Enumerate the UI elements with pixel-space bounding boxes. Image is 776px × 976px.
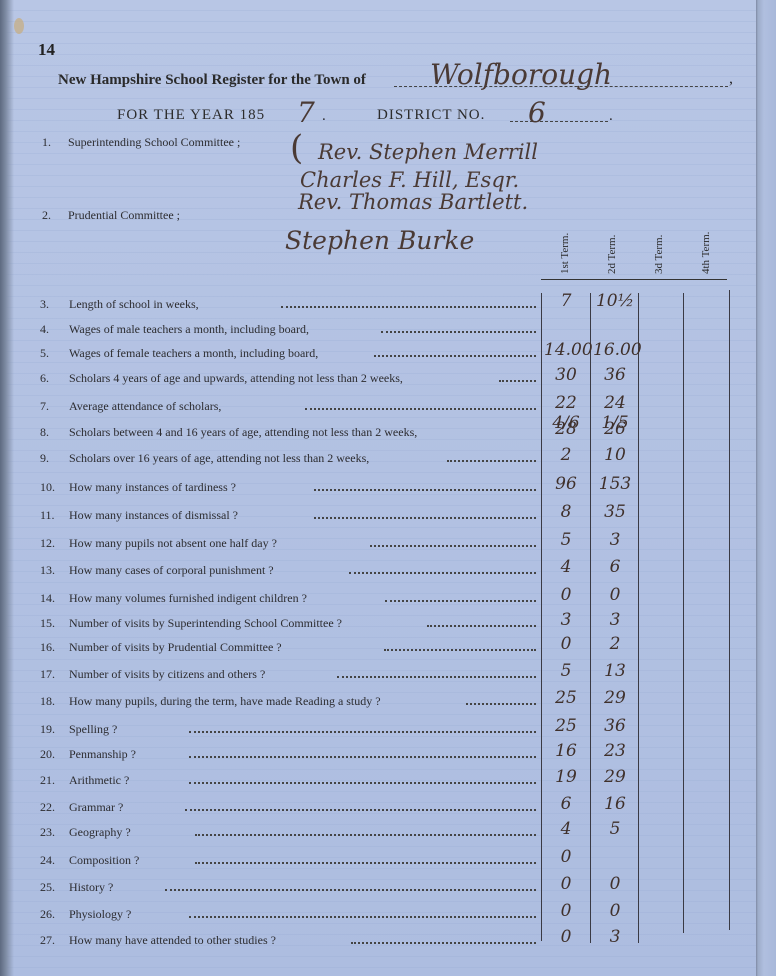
row-question: Arithmetic ? xyxy=(69,773,129,788)
row-number: 14. xyxy=(40,591,68,606)
leader-dots xyxy=(466,703,536,705)
row-number: 17. xyxy=(40,667,68,682)
column-divider-1 xyxy=(541,293,542,941)
term-1-value: 0 xyxy=(544,874,588,894)
prudential-member-1: Stephen Burke xyxy=(285,226,474,255)
header-rule xyxy=(541,279,727,280)
district-number: 6 xyxy=(528,96,546,129)
row-number: 21. xyxy=(40,773,68,788)
table-row: 26.Physiology ? xyxy=(40,907,540,925)
term-2-value: 3 xyxy=(593,610,637,630)
row-question: Wages of male teachers a month, includin… xyxy=(69,322,309,337)
table-row: 12.How many pupils not absent one half d… xyxy=(40,536,540,554)
table-row: 17.Number of visits by citizens and othe… xyxy=(40,667,540,685)
row-question: How many instances of tardiness ? xyxy=(69,480,236,495)
column-divider-4 xyxy=(683,293,684,933)
table-row: 5.Wages of female teachers a month, incl… xyxy=(40,346,540,364)
term-2-value: 29 xyxy=(593,767,637,787)
leader-dots xyxy=(381,331,536,333)
row-question: How many have attended to other studies … xyxy=(69,933,276,948)
row-question: Scholars over 16 years of age, attending… xyxy=(69,451,369,466)
table-row: 4.Wages of male teachers a month, includ… xyxy=(40,322,540,340)
page-edge xyxy=(756,0,776,976)
title-comma: , xyxy=(729,70,733,88)
column-divider-2 xyxy=(590,293,591,943)
superintending-member-1: Rev. Stephen Merrill xyxy=(318,140,538,164)
row-question: How many pupils not absent one half day … xyxy=(69,536,277,551)
year-digit: 7 xyxy=(297,96,315,129)
term-2-value: 35 xyxy=(593,502,637,522)
term-1-value: 96 xyxy=(544,474,588,494)
table-row: 23.Geography ? xyxy=(40,825,540,843)
table-row: 20.Penmanship ? xyxy=(40,747,540,765)
term-1-value: 4 xyxy=(544,557,588,577)
row-number: 26. xyxy=(40,907,68,922)
table-row: 6.Scholars 4 years of age and upwards, a… xyxy=(40,371,540,389)
table-row: 21.Arithmetic ? xyxy=(40,773,540,791)
row-question: Geography ? xyxy=(69,825,131,840)
column-header-term-1: 1st Term. xyxy=(559,233,571,274)
row-number: 27. xyxy=(40,933,68,948)
book-spine-shadow xyxy=(0,0,14,976)
table-row: 13.How many cases of corporal punishment… xyxy=(40,563,540,581)
row-number: 4. xyxy=(40,322,68,337)
table-row: 27.How many have attended to other studi… xyxy=(40,933,540,951)
leader-dots xyxy=(189,782,536,784)
leader-dots xyxy=(189,756,536,758)
term-2-value: 0 xyxy=(593,585,637,605)
row-question: Composition ? xyxy=(69,853,139,868)
row-question: How many pupils, during the term, have m… xyxy=(69,694,381,709)
row-number: 5. xyxy=(40,346,68,361)
term-1-value: 28 xyxy=(544,419,588,439)
district-label: DISTRICT NO. xyxy=(377,107,485,124)
leader-dots xyxy=(314,489,536,491)
row-number: 12. xyxy=(40,536,68,551)
superintending-committee-label: 1.Superintending School Committee ; xyxy=(42,135,240,150)
term-2-value: 13 xyxy=(593,661,637,681)
district-period: . xyxy=(609,108,613,125)
term-1-value: 8 xyxy=(544,502,588,522)
term-1-value: 0 xyxy=(544,847,588,867)
term-2-value: 10 xyxy=(593,445,637,465)
term-1-value: 0 xyxy=(544,585,588,605)
table-row: 18.How many pupils, during the term, hav… xyxy=(40,694,540,712)
row-question: Length of school in weeks, xyxy=(69,297,199,312)
column-header-term-2: 2d Term. xyxy=(606,235,618,274)
leader-dots xyxy=(349,572,536,574)
leader-dots xyxy=(499,380,536,382)
term-2-value: 2 xyxy=(593,634,637,654)
title-prefix: New Hampshire School Register for the To… xyxy=(58,72,366,88)
term-2-value: 10½ xyxy=(593,291,637,311)
term-2-value: 6 xyxy=(593,557,637,577)
table-row: 10.How many instances of tardiness ? xyxy=(40,480,540,498)
term-2-value: 0 xyxy=(593,901,637,921)
leader-dots xyxy=(281,306,536,308)
table-row: 15.Number of visits by Superintending Sc… xyxy=(40,616,540,634)
district-field-line xyxy=(510,121,608,122)
register-title: New Hampshire School Register for the To… xyxy=(58,72,366,89)
row-question: How many cases of corporal punishment ? xyxy=(69,563,274,578)
term-2-value: 16 xyxy=(593,794,637,814)
prudential-committee-label: 2.Prudential Committee ; xyxy=(42,208,180,223)
row-number: 7. xyxy=(40,399,68,414)
row-number: 25. xyxy=(40,880,68,895)
row-number: 9. xyxy=(40,451,68,466)
row-number: 8. xyxy=(40,425,68,440)
leader-dots xyxy=(337,676,536,678)
row-question: How many instances of dismissal ? xyxy=(69,508,238,523)
row-question: Wages of female teachers a month, includ… xyxy=(69,346,318,361)
leader-dots xyxy=(165,889,536,891)
table-row: 14.How many volumes furnished indigent c… xyxy=(40,591,540,609)
term-1-value: 6 xyxy=(544,794,588,814)
table-row: 3.Length of school in weeks, xyxy=(40,297,540,315)
column-divider-5 xyxy=(729,290,730,930)
row-number: 3. xyxy=(40,297,68,312)
term-2-value: 3 xyxy=(593,530,637,550)
term-1-value: 30 xyxy=(544,365,588,385)
row-number: 19. xyxy=(40,722,68,737)
row-number: 23. xyxy=(40,825,68,840)
row-question: Number of visits by Prudential Committee… xyxy=(69,640,282,655)
row-number: 16. xyxy=(40,640,68,655)
row-number: 10. xyxy=(40,480,68,495)
row-question: How many volumes furnished indigent chil… xyxy=(69,591,307,606)
table-row: 24.Composition ? xyxy=(40,853,540,871)
leader-dots xyxy=(384,649,536,651)
row-number: 18. xyxy=(40,694,68,709)
term-2-value: 23 xyxy=(593,741,637,761)
term-1-value: 0 xyxy=(544,901,588,921)
row-number: 24. xyxy=(40,853,68,868)
row-number: 22. xyxy=(40,800,68,815)
row-number: 13. xyxy=(40,563,68,578)
table-row: 22.Grammar ? xyxy=(40,800,540,818)
leader-dots xyxy=(314,517,536,519)
term-2-value: 0 xyxy=(593,874,637,894)
row-question: Physiology ? xyxy=(69,907,131,922)
term-2-value: 29 xyxy=(593,688,637,708)
row-question: Penmanship ? xyxy=(69,747,136,762)
row-question: Scholars between 4 and 16 years of age, … xyxy=(69,425,417,440)
term-1-value: 14.00 xyxy=(544,340,588,360)
term-2-value: 5 xyxy=(593,819,637,839)
table-row: 25.History ? xyxy=(40,880,540,898)
table-row: 7.Average attendance of scholars, xyxy=(40,399,540,417)
row-question: Number of visits by citizens and others … xyxy=(69,667,265,682)
leader-dots xyxy=(447,460,536,462)
leader-dots xyxy=(351,942,536,944)
table-row: 8.Scholars between 4 and 16 years of age… xyxy=(40,425,540,443)
term-2-value: 36 xyxy=(593,365,637,385)
leader-dots xyxy=(189,731,536,733)
row-question: History ? xyxy=(69,880,113,895)
superintending-member-2: Charles F. Hill, Esqr. xyxy=(300,168,519,192)
year-label: FOR THE YEAR 185 xyxy=(117,107,265,124)
year-period: . xyxy=(322,108,326,125)
term-1-value: 25 xyxy=(544,688,588,708)
paper-stain xyxy=(14,18,24,34)
town-name: Wolfborough xyxy=(430,58,612,91)
term-2-value: 26 xyxy=(593,419,637,439)
term-1-value: 5 xyxy=(544,530,588,550)
brace: ( xyxy=(290,128,303,168)
column-header-term-3: 3d Term. xyxy=(653,235,665,274)
leader-dots xyxy=(374,355,536,357)
term-1-value: 16 xyxy=(544,741,588,761)
row-question: Number of visits by Superintending Schoo… xyxy=(69,616,342,631)
row-question: Average attendance of scholars, xyxy=(69,399,221,414)
term-2-value: 153 xyxy=(593,474,637,494)
row-question: Spelling ? xyxy=(69,722,117,737)
leader-dots xyxy=(185,809,536,811)
row-question: Scholars 4 years of age and upwards, att… xyxy=(69,371,403,386)
term-1-value: 0 xyxy=(544,927,588,947)
term-1-value: 4 xyxy=(544,819,588,839)
term-1-value: 0 xyxy=(544,634,588,654)
leader-dots xyxy=(370,545,536,547)
term-1-value: 2 xyxy=(544,445,588,465)
row-number: 20. xyxy=(40,747,68,762)
row-number: 11. xyxy=(40,508,68,523)
term-1-value: 3 xyxy=(544,610,588,630)
table-row: 9.Scholars over 16 years of age, attendi… xyxy=(40,451,540,469)
leader-dots xyxy=(305,408,536,410)
row-number: 15. xyxy=(40,616,68,631)
leader-dots xyxy=(195,862,536,864)
column-divider-3 xyxy=(638,293,639,943)
leader-dots xyxy=(195,834,536,836)
term-2-value: 3 xyxy=(593,927,637,947)
row-number: 6. xyxy=(40,371,68,386)
term-1-value: 25 xyxy=(544,716,588,736)
superintending-member-3: Rev. Thomas Bartlett. xyxy=(298,190,528,214)
table-row: 16.Number of visits by Prudential Commit… xyxy=(40,640,540,658)
term-1-value: 19 xyxy=(544,767,588,787)
term-1-value: 5 xyxy=(544,661,588,681)
term-2-value: 16.00 xyxy=(593,340,637,360)
table-row: 11.How many instances of dismissal ? xyxy=(40,508,540,526)
leader-dots xyxy=(427,625,536,627)
term-2-value: 36 xyxy=(593,716,637,736)
table-row: 19.Spelling ? xyxy=(40,722,540,740)
leader-dots xyxy=(385,600,536,602)
column-header-term-4: 4th Term. xyxy=(700,232,712,274)
row-question: Grammar ? xyxy=(69,800,123,815)
term-1-value: 7 xyxy=(544,291,588,311)
leader-dots xyxy=(189,916,536,918)
page-number: 14 xyxy=(38,40,55,60)
